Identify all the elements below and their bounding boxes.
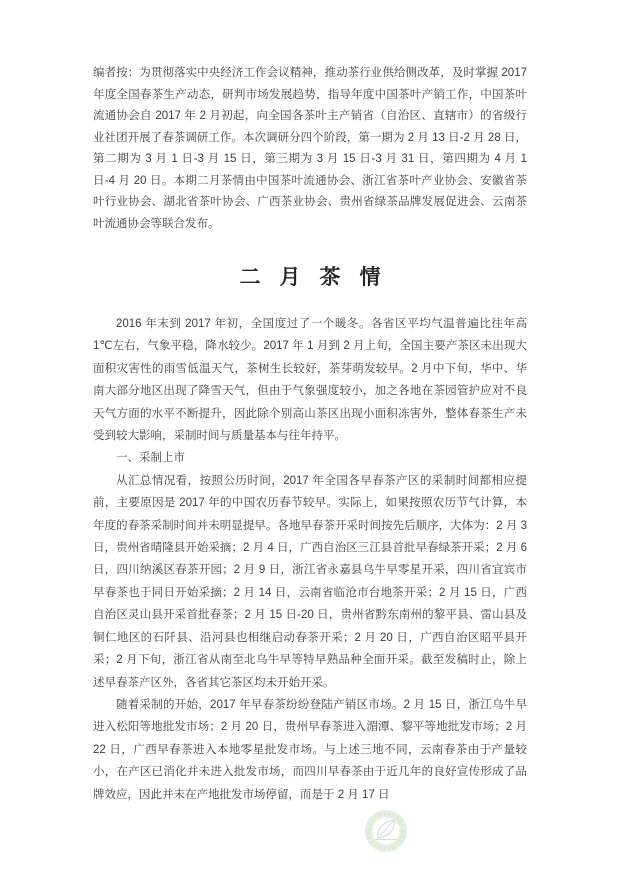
body-paragraph: 随着采制的开始，2017 年早春茶纷纷登陆产销区市场。2 月 15 日，浙江乌牛… [93, 694, 527, 806]
body-paragraph: 2016 年末到 2017 年初，全国度过了一个暖冬。各省区平均气温普遍比往年高… [93, 313, 527, 447]
body-paragraph: 从汇总情况看，按照公历时间，2017 年全国各早春茶产区的采制时间都相应提前，主… [93, 470, 527, 694]
section-heading: 一、采制上市 [93, 447, 527, 469]
editor-note: 编者按：为贯彻落实中央经济工作会议精神，推动茶行业供给侧改革，及时掌握 2017… [93, 63, 527, 235]
document-page: 编者按：为贯彻落实中央经济工作会议精神，推动茶行业供给侧改革，及时掌握 2017… [0, 0, 620, 877]
page-content: 编者按：为贯彻落实中央经济工作会议精神，推动茶行业供给侧改革，及时掌握 2017… [93, 63, 527, 806]
page-title: 二月茶情 [93, 264, 527, 292]
